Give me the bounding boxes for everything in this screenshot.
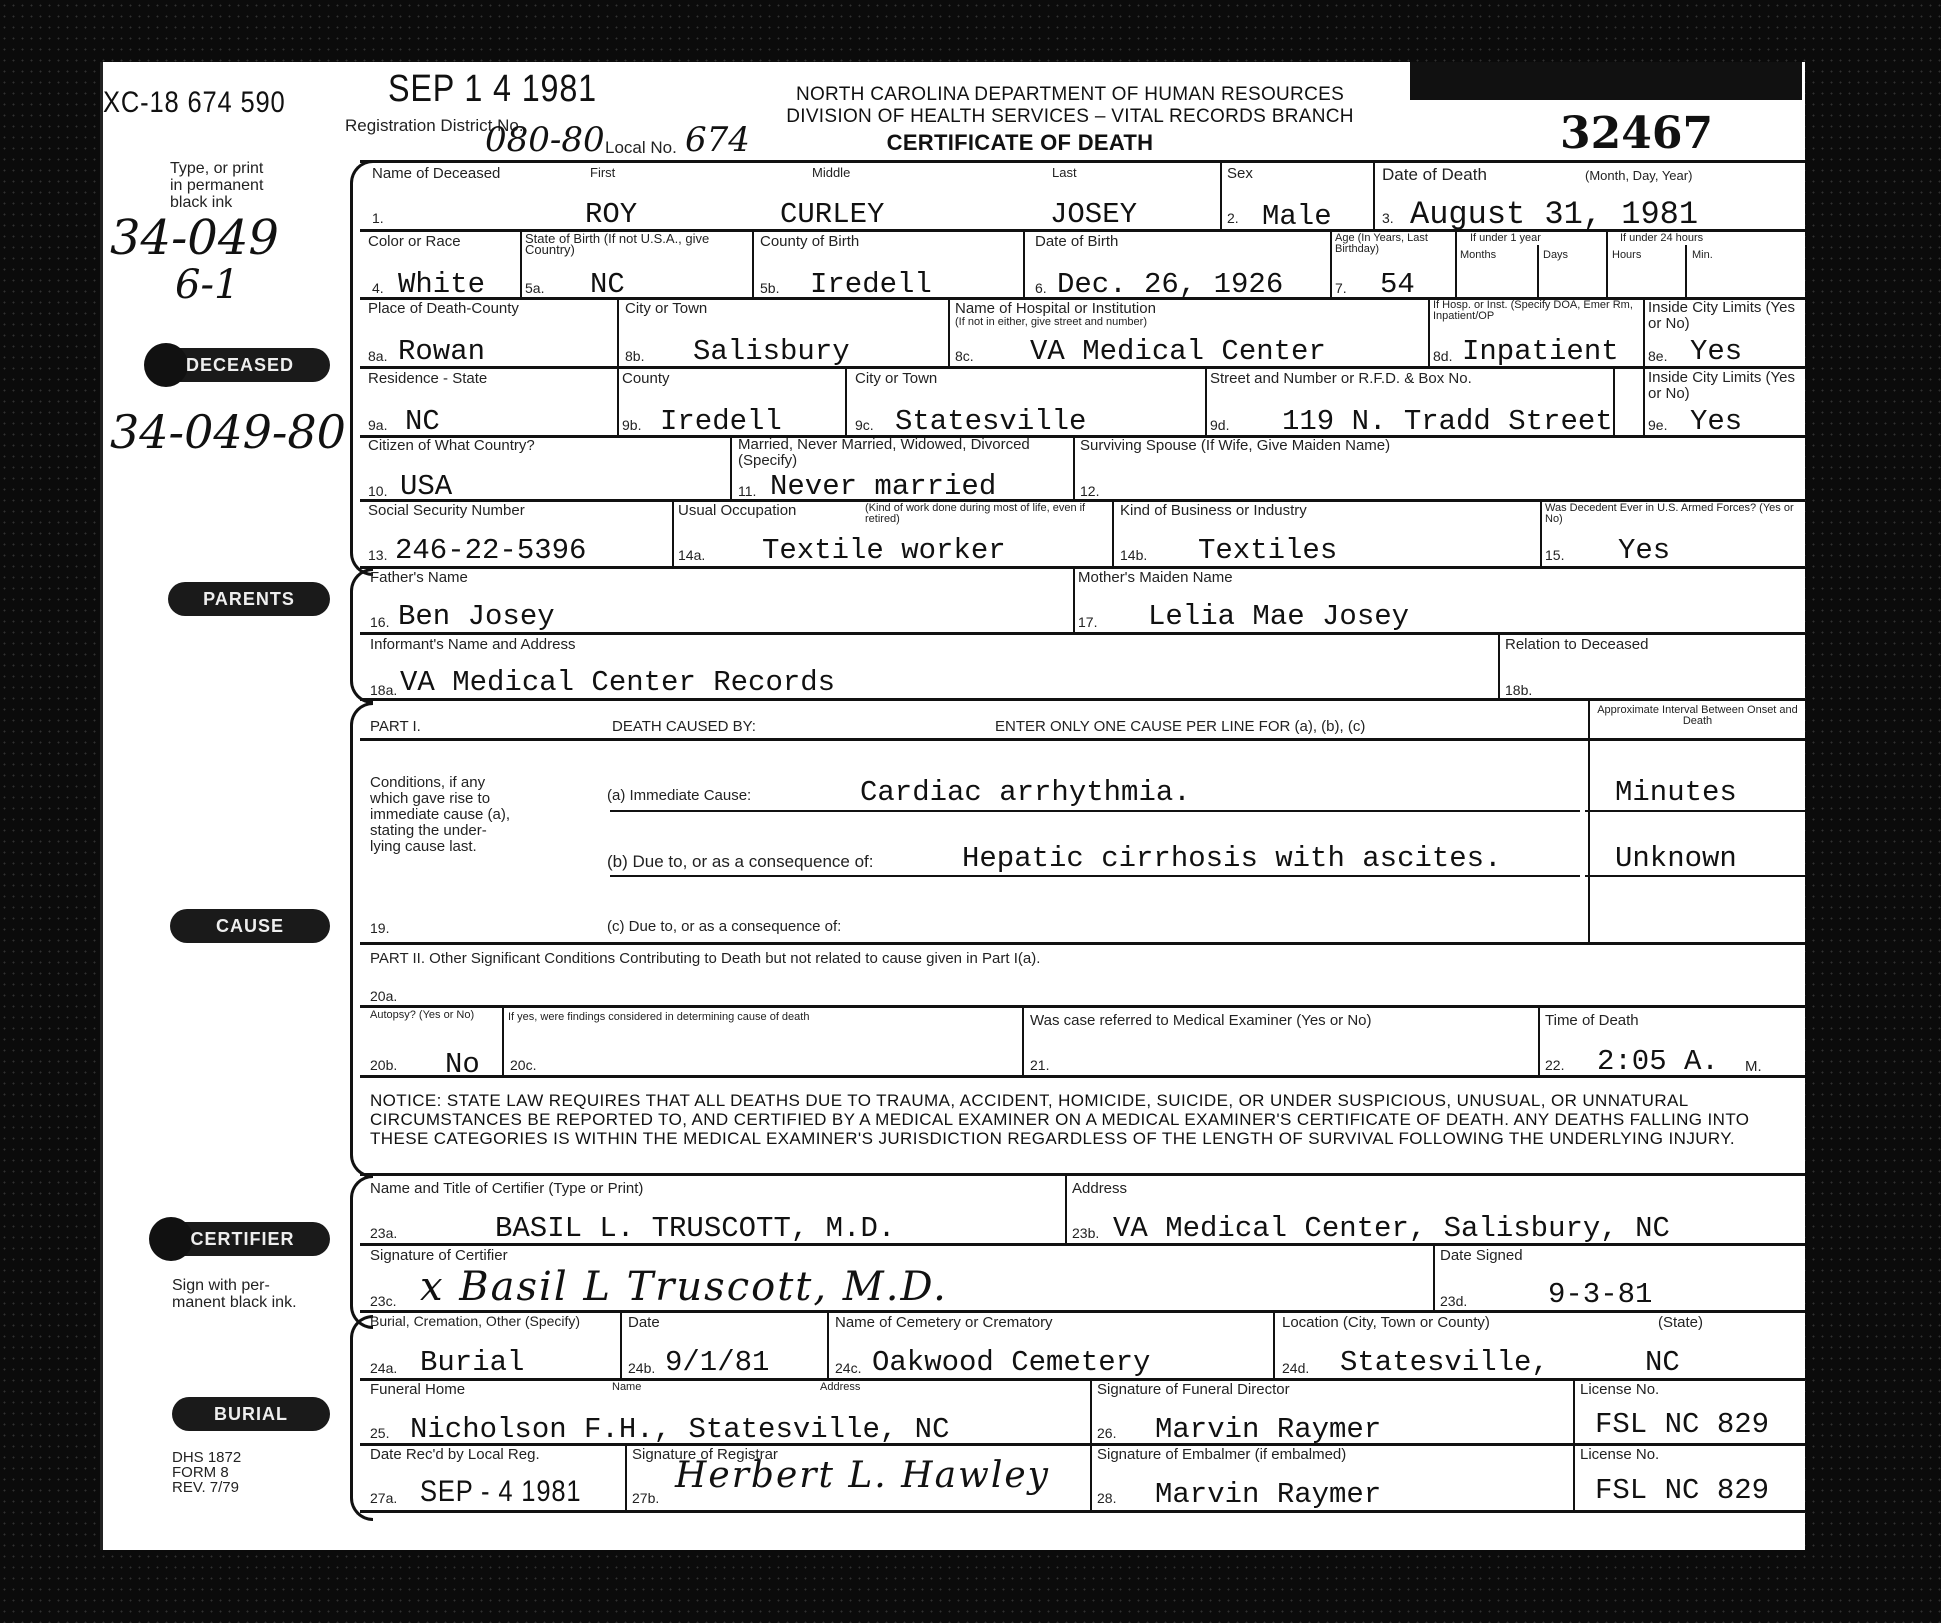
rule	[360, 942, 1805, 945]
immediate-cause-value: Cardiac arrhythmia.	[860, 776, 1191, 809]
residence-street-value: 119 N. Tradd Street	[1282, 405, 1613, 438]
interval-a-value: Minutes	[1615, 776, 1737, 809]
burial-location-value: Statesville,	[1340, 1346, 1549, 1379]
armed-forces-value: Yes	[1618, 534, 1670, 567]
sign-instruction: Sign with per-manent black ink.	[172, 1277, 297, 1311]
conditions-note: Conditions, if anywhich gave rise toimme…	[370, 775, 510, 855]
pill-circle-icon	[149, 1217, 193, 1261]
embalmer-license-value: FSL NC 829	[1595, 1474, 1769, 1507]
funeral-home-value: Nicholson F.H., Statesville, NC	[410, 1413, 950, 1446]
interval-a-underline	[1585, 810, 1805, 812]
residence-city-value: Statesville	[895, 405, 1086, 438]
county-of-birth-value: Iredell	[810, 268, 932, 301]
citizen-value: USA	[400, 470, 452, 503]
underlying-cause-value: Hepatic cirrhosis with ascites.	[962, 842, 1502, 875]
burial-state-value: NC	[1645, 1346, 1680, 1379]
interval-b-underline	[1585, 875, 1805, 877]
header-department: NORTH CAROLINA DEPARTMENT OF HUMAN RESOU…	[720, 84, 1420, 106]
death-city-limits-value: Yes	[1690, 335, 1742, 368]
file-number-stamp: XC-18 674 590	[103, 86, 286, 120]
pill-circle-icon	[144, 343, 188, 387]
marital-status-value: Never married	[770, 470, 996, 503]
director-license-value: FSL NC 829	[1595, 1408, 1769, 1441]
state-of-birth-value: NC	[590, 268, 625, 301]
sex-value: Male	[1262, 200, 1332, 233]
handwritten-code-1: 34-049	[110, 210, 279, 266]
section-label-parents: PARENTS	[168, 582, 330, 616]
handwritten-code-2: 6-1	[175, 262, 239, 308]
mother-name-value: Lelia Mae Josey	[1148, 600, 1409, 633]
interval-b-value: Unknown	[1615, 842, 1737, 875]
embalmer-value: Marvin Raymer	[1155, 1478, 1381, 1511]
death-city-value: Salisbury	[693, 335, 850, 368]
residence-city-limits-value: Yes	[1690, 405, 1742, 438]
certifier-name-value: BASIL L. TRUSCOTT, M.D.	[495, 1212, 895, 1245]
page-title: CERTIFICATE OF DEATH	[720, 130, 1320, 156]
form-id: DHS 1872FORM 8REV. 7/79	[172, 1450, 241, 1495]
middle-name-value: CURLEY	[780, 198, 884, 231]
date-signed-value: 9-3-81	[1548, 1278, 1652, 1311]
section-label-cause: CAUSE	[170, 909, 330, 943]
received-by-local-registrar-stamp: SEP - 4 1981	[420, 1475, 581, 1509]
funeral-director-value: Marvin Raymer	[1155, 1413, 1381, 1446]
cause-b-underline	[610, 875, 1580, 877]
cemetery-value: Oakwood Cemetery	[872, 1346, 1150, 1379]
registrar-signature: Herbert L. Hawley	[675, 1455, 1050, 1496]
last-name-label: Last	[1052, 167, 1077, 178]
date-of-birth-value: Dec. 26, 1926	[1057, 268, 1283, 301]
ink-instruction: Type, or printin permanentblack ink	[170, 160, 263, 211]
father-name-value: Ben Josey	[398, 600, 555, 633]
age-value: 54	[1380, 268, 1415, 301]
ssn-value: 246-22-5396	[395, 534, 586, 567]
hospital-value: VA Medical Center	[1030, 335, 1326, 368]
section-label-deceased: DECEASED	[150, 348, 330, 382]
hospital-status-value: Inpatient	[1462, 335, 1619, 368]
death-county-value: Rowan	[398, 335, 485, 368]
burial-method-value: Burial	[420, 1346, 524, 1379]
certifier-address-value: VA Medical Center, Salisbury, NC	[1113, 1212, 1670, 1245]
date-of-death-label: Date of Death	[1382, 165, 1487, 185]
rule	[360, 632, 1805, 635]
first-name-label: First	[590, 167, 615, 178]
name-label: Name of Deceased	[372, 165, 500, 182]
rule	[360, 160, 1805, 163]
registration-district-value: 080-80	[485, 120, 605, 162]
last-name-value: JOSEY	[1050, 198, 1137, 231]
time-of-death-value: 2:05 A.	[1597, 1045, 1719, 1078]
scan-dark-corner	[1410, 62, 1802, 100]
industry-value: Textiles	[1198, 534, 1337, 567]
rule	[360, 1173, 1805, 1176]
rule	[360, 1005, 1805, 1008]
middle-name-label: Middle	[812, 167, 850, 178]
informant-value: VA Medical Center Records	[400, 666, 835, 699]
section-label-burial: BURIAL	[172, 1397, 330, 1431]
certifier-signature: x Basil L Truscott, M.D.	[420, 1264, 948, 1310]
residence-state-value: NC	[405, 405, 440, 438]
header-division: DIVISION OF HEALTH SERVICES – VITAL RECO…	[720, 106, 1420, 128]
local-no-label: Local No.	[605, 138, 677, 158]
burial-date-value: 9/1/81	[665, 1346, 769, 1379]
handwritten-code-3: 34-049-80	[110, 405, 346, 459]
rule	[360, 1075, 1805, 1078]
certificate-number: 32467	[1560, 108, 1713, 159]
first-name-value: ROY	[585, 198, 637, 231]
section-label-certifier: CERTIFIER	[155, 1222, 330, 1256]
race-value: White	[398, 268, 485, 301]
residence-county-value: Iredell	[660, 405, 782, 438]
date-of-death-value: August 31, 1981	[1410, 196, 1698, 233]
received-date-stamp: SEP 1 4 1981	[388, 68, 597, 111]
rule	[360, 1510, 1805, 1513]
sex-label: Sex	[1227, 165, 1253, 182]
occupation-value: Textile worker	[762, 534, 1006, 567]
autopsy-value: No	[445, 1048, 480, 1081]
legal-notice: NOTICE: STATE LAW REQUIRES THAT ALL DEAT…	[370, 1091, 1795, 1148]
cause-a-underline	[610, 810, 1580, 812]
